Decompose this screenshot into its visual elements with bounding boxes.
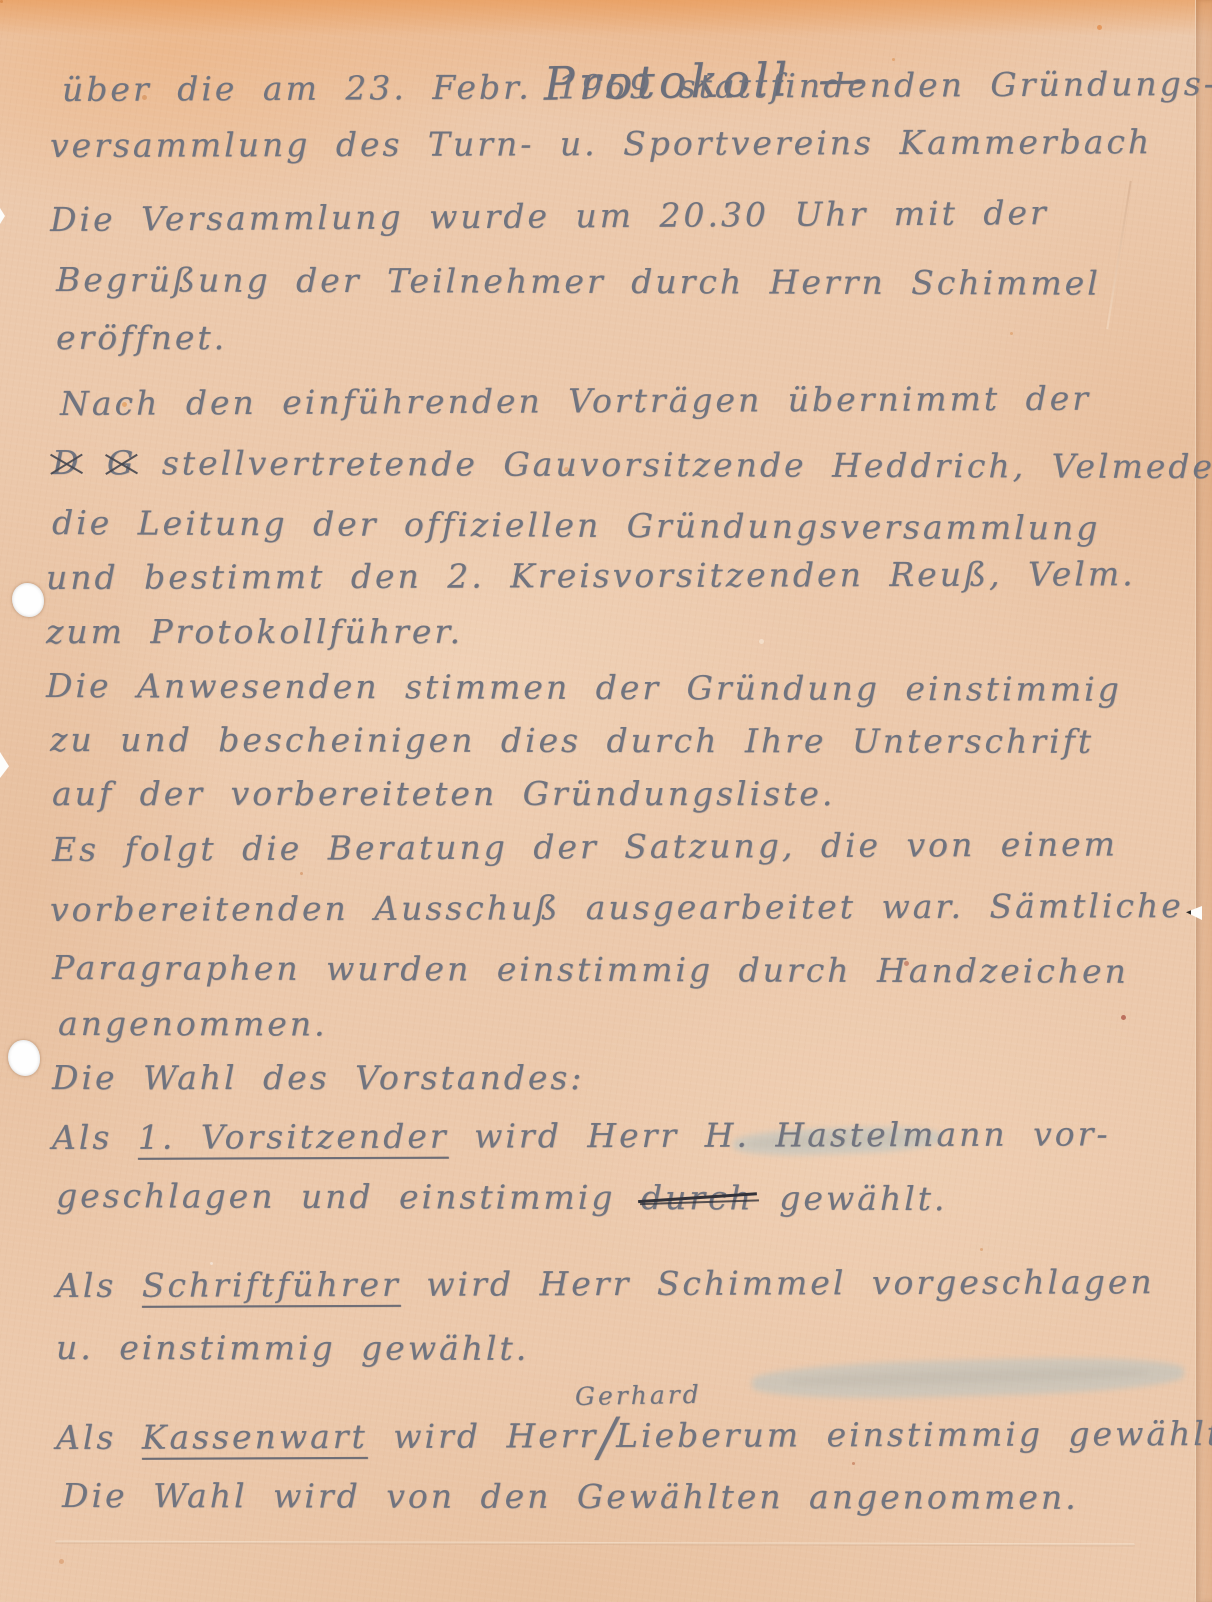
text-segment: wird Herr H. Hastelmann vor- <box>449 1114 1111 1155</box>
text-segment: Als <box>56 1266 142 1305</box>
handwritten-line: Paragraphen wurden einstimmig durch Hand… <box>52 948 1129 991</box>
handwritten-line: D G stellvertretende Gauvorsitzende Hedd… <box>52 443 1212 486</box>
handwritten-line: zu und bescheinigen dies durch Ihre Unte… <box>50 720 1094 761</box>
hole-punch <box>8 1040 40 1076</box>
text-segment: versammlung des Turn- u. Sportvereins Ka… <box>50 122 1152 165</box>
handwritten-line: die Leitung der offiziellen Gründungsver… <box>52 503 1101 547</box>
scan-edge-mark <box>0 208 5 224</box>
scan-edge-mark <box>0 752 9 778</box>
text-segment: Nach den einführenden Vorträgen übernimm… <box>60 379 1091 423</box>
handwritten-line: zum Protokollführer. <box>46 612 463 651</box>
text-segment: geschlagen und einstimmig <box>56 1176 641 1217</box>
handwritten-line: versammlung des Turn- u. Sportvereins Ka… <box>50 122 1152 165</box>
text-segment: eröffnet. <box>56 318 227 357</box>
text-segment: Die Wahl wird von den Gewählten angenomm… <box>62 1476 1079 1517</box>
hole-punch <box>12 583 44 617</box>
paper-flecks <box>0 0 3 3</box>
paper-right-edge <box>1195 0 1212 1602</box>
handwritten-line: geschlagen und einstimmig durch gewählt. <box>56 1176 948 1218</box>
strike-x-text-segment: D <box>52 443 82 482</box>
handwritten-line: eröffnet. <box>56 318 227 357</box>
handwritten-line: Als 1. Vorsitzender wird Herr H. Hastelm… <box>52 1114 1111 1157</box>
text-segment: Als <box>52 1118 138 1157</box>
handwritten-line: Die Versammlung wurde um 20.30 Uhr mit d… <box>50 193 1049 239</box>
text-segment: zum Protokollführer. <box>46 612 463 651</box>
strike-x-text-segment: G <box>107 443 137 482</box>
handwritten-line: Als Kassenwart wird Herr∕Lieberum einsti… <box>56 1414 1212 1457</box>
underline-text-segment: Schriftführer <box>142 1265 401 1305</box>
smudge-dark-streak <box>786 1366 1149 1388</box>
text-segment: Begrüßung der Teilnehmer durch Herrn Sch… <box>56 260 1101 303</box>
text-segment: stellvertretende Gauvorsitzende Heddrich… <box>136 443 1212 486</box>
text-segment: Lieberum einstimmig gewählt <box>616 1414 1212 1455</box>
text-segment: wird Herr Schimmel vorgeschlagen <box>401 1262 1155 1304</box>
handwritten-line: Die Wahl des Vorstandes: <box>52 1058 584 1097</box>
handwritten-line: Als Schriftführer wird Herr Schimmel vor… <box>56 1262 1155 1305</box>
handwritten-line: auf der vorbereiteten Gründungsliste. <box>52 774 835 813</box>
text-segment: vorbereitenden Ausschuß ausgearbeitet wa… <box>50 886 1184 929</box>
inserted-word: Gerhard <box>575 1380 702 1411</box>
handwritten-line: Die Wahl wird von den Gewählten angenomm… <box>62 1476 1079 1517</box>
text-segment: zu und bescheinigen dies durch Ihre Unte… <box>50 720 1094 761</box>
text-segment: die Leitung der offiziellen Gründungsver… <box>52 503 1101 547</box>
text-segment: Die Versammlung wurde um 20.30 Uhr mit d… <box>50 193 1049 239</box>
handwritten-line: angenommen. <box>58 1004 328 1043</box>
text-segment: Gerhard <box>575 1380 702 1411</box>
underline-text-segment: Kassenwart <box>142 1417 368 1457</box>
text-segment: und bestimmt den 2. Kreisvorsitzenden Re… <box>46 554 1136 597</box>
fold-crease <box>55 1541 1135 1547</box>
text-segment: gewählt. <box>754 1178 948 1218</box>
handwritten-line: über die am 23. Febr. 1959 stattfindende… <box>62 64 1212 109</box>
text-segment: über die am 23. Febr. 1959 stattfindende… <box>62 64 1212 109</box>
text-segment: Paragraphen wurden einstimmig durch Hand… <box>52 948 1129 991</box>
handwritten-line: vorbereitenden Ausschuß ausgearbeitet wa… <box>50 886 1184 929</box>
text-segment: Es folgt die Beratung der Satzung, die v… <box>52 824 1118 869</box>
text-segment: Die Anwesenden stimmen der Gründung eins… <box>46 666 1122 709</box>
text-segment: angenommen. <box>58 1004 328 1043</box>
paper-edge-notch <box>1186 906 1202 920</box>
text-segment: wird Herr <box>368 1416 599 1456</box>
strike-text-segment: durch <box>641 1178 754 1217</box>
handwritten-line: Nach den einführenden Vorträgen übernimm… <box>60 379 1091 423</box>
handwritten-line: Begrüßung der Teilnehmer durch Herrn Sch… <box>56 260 1101 303</box>
handwritten-line: und bestimmt den 2. Kreisvorsitzenden Re… <box>46 554 1136 597</box>
handwritten-line: Die Anwesenden stimmen der Gründung eins… <box>46 666 1122 709</box>
blue-pencil-smudge <box>752 1354 1185 1401</box>
text-segment <box>81 443 107 482</box>
handwritten-line: Es folgt die Beratung der Satzung, die v… <box>52 824 1118 869</box>
corner-crease <box>1106 181 1131 329</box>
text-segment: u. einstimmig gewählt. <box>56 1328 529 1368</box>
underline-text-segment: 1. Vorsitzender <box>138 1117 449 1157</box>
text-segment: auf der vorbereiteten Gründungsliste. <box>52 774 835 813</box>
text-segment: Als <box>56 1418 142 1457</box>
caret-text-segment: ∕ <box>598 1407 616 1468</box>
scanned-document-page: Protokoll — über die am 23. Febr. 1959 s… <box>0 0 1212 1602</box>
text-segment: Die Wahl des Vorstandes: <box>52 1058 584 1097</box>
handwritten-line: u. einstimmig gewählt. <box>56 1328 529 1368</box>
